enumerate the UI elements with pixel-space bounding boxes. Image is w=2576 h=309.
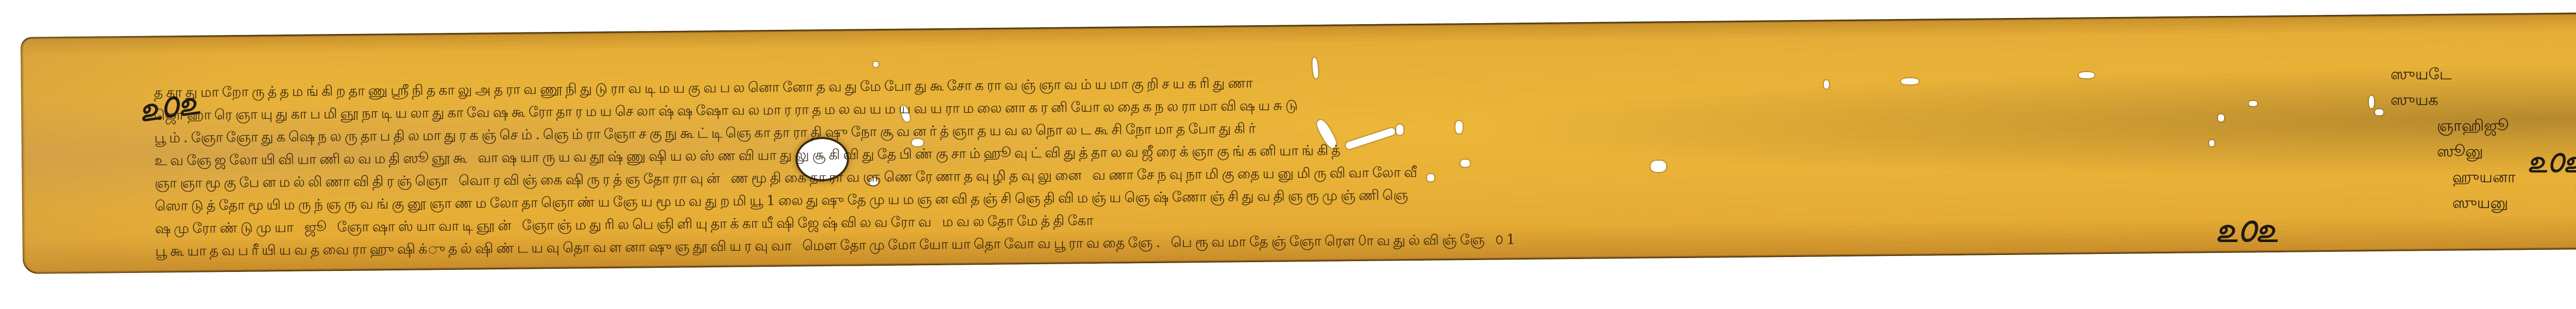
marginal-note-line: ஸுயடே [2391,62,2516,88]
marginal-note-line: ஹுயனா [2452,165,2516,191]
worm-hole [2369,96,2374,108]
marginal-note-line: ஞாஹிஜூ [2437,113,2516,139]
bottom-leaf-marker: ௨௦௨ [2215,211,2278,254]
marginal-note-line: ஸுயனு [2452,191,2516,216]
manuscript-leaf-area: ௨௦௨ தகாதுமாறோருத்தமங்கிறதாணுஸ்ரீநிதகாலுஅ… [0,0,2576,309]
main-text-block: தகாதுமாறோருத்தமங்கிறதாணுஸ்ரீநிதகாலுஅதராவ… [154,62,2370,272]
worm-hole [873,62,878,67]
worm-hole [2375,109,2383,115]
marginal-notes: ஸுயடே ஸுயக ஞாஹிஜூ ஸூனு ஹுயனா ஸுயனு [2391,62,2516,216]
marginal-note-line: ஸூனு [2437,139,2516,165]
marginal-note-line: ஸுயக [2391,88,2516,113]
right-edge-leaf-marker: ௨௦௨ [2527,144,2576,183]
